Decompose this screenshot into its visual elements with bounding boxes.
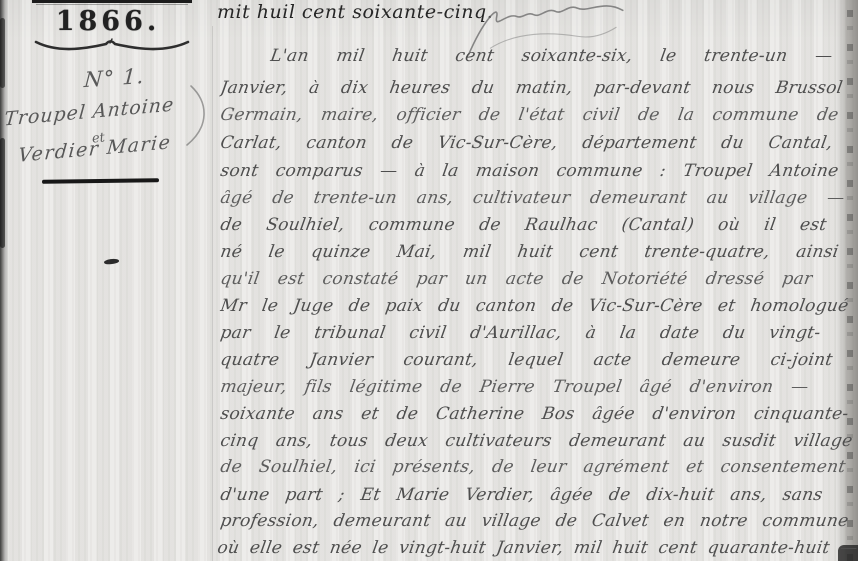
printed-year: 1866. bbox=[40, 6, 176, 37]
manuscript-line: Carlat, canton de Vic-Sur-Cère, départem… bbox=[218, 135, 834, 159]
printed-header-text: mit huil cent soixante-cinq. bbox=[217, 1, 493, 23]
manuscript-line: âgé de trente-un ans, cultivateur demeur… bbox=[218, 190, 846, 214]
manuscript-line: sont comparus — à la maison commune : Tr… bbox=[218, 163, 840, 187]
manuscript-line: quatre Janvier courant, lequel acte deme… bbox=[218, 352, 834, 376]
act-number: N° 1. bbox=[83, 64, 145, 92]
margin-bottom-rule bbox=[42, 178, 159, 184]
manuscript-line: de Soulhiel, commune de Raulhac (Cantal)… bbox=[218, 217, 828, 241]
manuscript-line: d'une part ; Et Marie Verdier, âgée de d… bbox=[218, 487, 824, 511]
manuscript-line: de Soulhiel, ici présents, de leur agrém… bbox=[218, 459, 847, 483]
manuscript-line: Germain, maire, officier de l'état civil… bbox=[218, 107, 840, 131]
manuscript-line: Mr le Juge de paix du canton de Vic-Sur-… bbox=[218, 298, 850, 322]
manuscript-line: soixante ans et de Catherine Bos âgée d'… bbox=[218, 406, 850, 430]
edge-smudge bbox=[0, 138, 5, 248]
manuscript-line: profession, demeurant au village de Calv… bbox=[218, 513, 850, 537]
manuscript-line: qu'il est constaté par un acte de Notori… bbox=[218, 271, 814, 295]
manuscript-line: par le tribunal civil d'Aurillac, à la d… bbox=[218, 325, 822, 349]
manuscript-line: majeur, fils légitime de Pierre Troupel … bbox=[218, 379, 810, 403]
manuscript-line: L'an mil huit cent soixante-six, le tren… bbox=[268, 48, 834, 72]
facing-page-ink-bleed bbox=[847, 0, 853, 561]
edge-smudge bbox=[0, 18, 5, 88]
manuscript-line: cinq ans, tous deux cultivateurs demeura… bbox=[218, 433, 854, 457]
bracket-flourish-icon bbox=[32, 36, 192, 60]
margin-top-rule bbox=[32, 0, 192, 3]
ink-speck bbox=[104, 258, 120, 265]
manuscript-line: né le quinze Mai, mil huit cent trente-q… bbox=[218, 244, 840, 268]
register-page: 1866. N° 1. Troupel Antoine et Verdier M… bbox=[0, 0, 858, 561]
manuscript-line: Janvier, à dix heures du matin, par-deva… bbox=[218, 80, 844, 104]
margin-name-groom: Troupel Antoine bbox=[3, 93, 175, 130]
stray-pen-stroke bbox=[183, 85, 213, 151]
manuscript-line: où elle est née le vingt-huit Janvier, m… bbox=[215, 540, 858, 561]
